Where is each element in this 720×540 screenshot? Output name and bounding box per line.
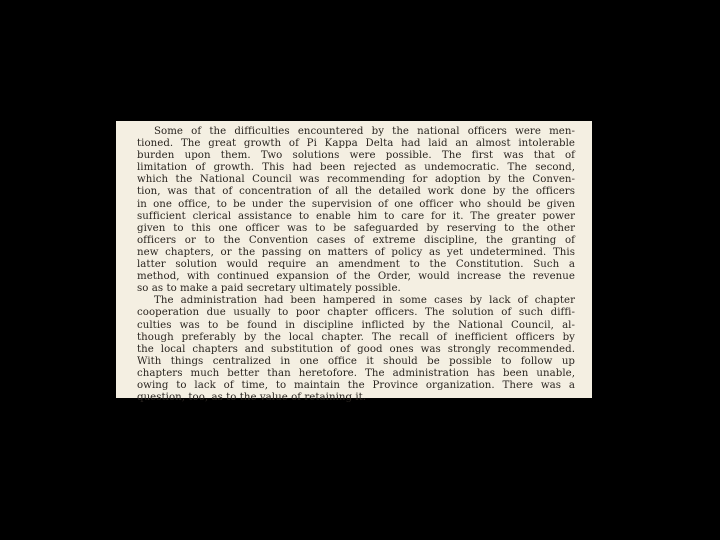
- text-line: sufficient clerical assistance to enable…: [137, 211, 575, 223]
- text-line: though preferably by the local chapter. …: [137, 332, 575, 344]
- text-line: latter solution would require an amendme…: [137, 259, 575, 271]
- text-line: cooperation due usually to poor chapter …: [137, 307, 575, 319]
- text-line: owing to lack of time, to maintain the P…: [137, 380, 575, 392]
- text-line: With things centralized in one office it…: [137, 356, 575, 368]
- text-line: tion, was that of concentration of all t…: [137, 186, 575, 198]
- text-line: given to this one officer was to be safe…: [137, 223, 575, 235]
- text-line: which the National Council was recommend…: [137, 174, 575, 186]
- text-line: question, too, as to the value of retain…: [137, 392, 575, 404]
- text-line: officers or to the Convention cases of e…: [137, 235, 575, 247]
- text-line: tioned. The great growth of Pi Kappa Del…: [137, 138, 575, 150]
- text-line: in one office, to be under the supervisi…: [137, 199, 575, 211]
- paragraph-2: The administration had been hampered in …: [154, 295, 576, 404]
- text-line: so as to make a paid secretary ultimatel…: [137, 283, 575, 295]
- text-line: new chapters, or the passing on matters …: [137, 247, 575, 259]
- body-text: Some of the difficulties encountered by …: [154, 126, 576, 404]
- text-line: the local chapters and substitution of g…: [137, 344, 575, 356]
- text-line: The administration had been hampered in …: [154, 295, 575, 307]
- paragraph-1: Some of the difficulties encountered by …: [154, 126, 576, 295]
- text-line: method, with continued expansion of the …: [137, 271, 575, 283]
- text-line: burden upon them. Two solutions were pos…: [137, 150, 575, 162]
- text-line: chapters much better than heretofore. Th…: [137, 368, 575, 380]
- text-line: limitation of growth. This had been reje…: [137, 162, 575, 174]
- document-page: Some of the difficulties encountered by …: [116, 121, 592, 398]
- text-line: Some of the difficulties encountered by …: [154, 126, 575, 138]
- text-line: culties was to be found in discipline in…: [137, 320, 575, 332]
